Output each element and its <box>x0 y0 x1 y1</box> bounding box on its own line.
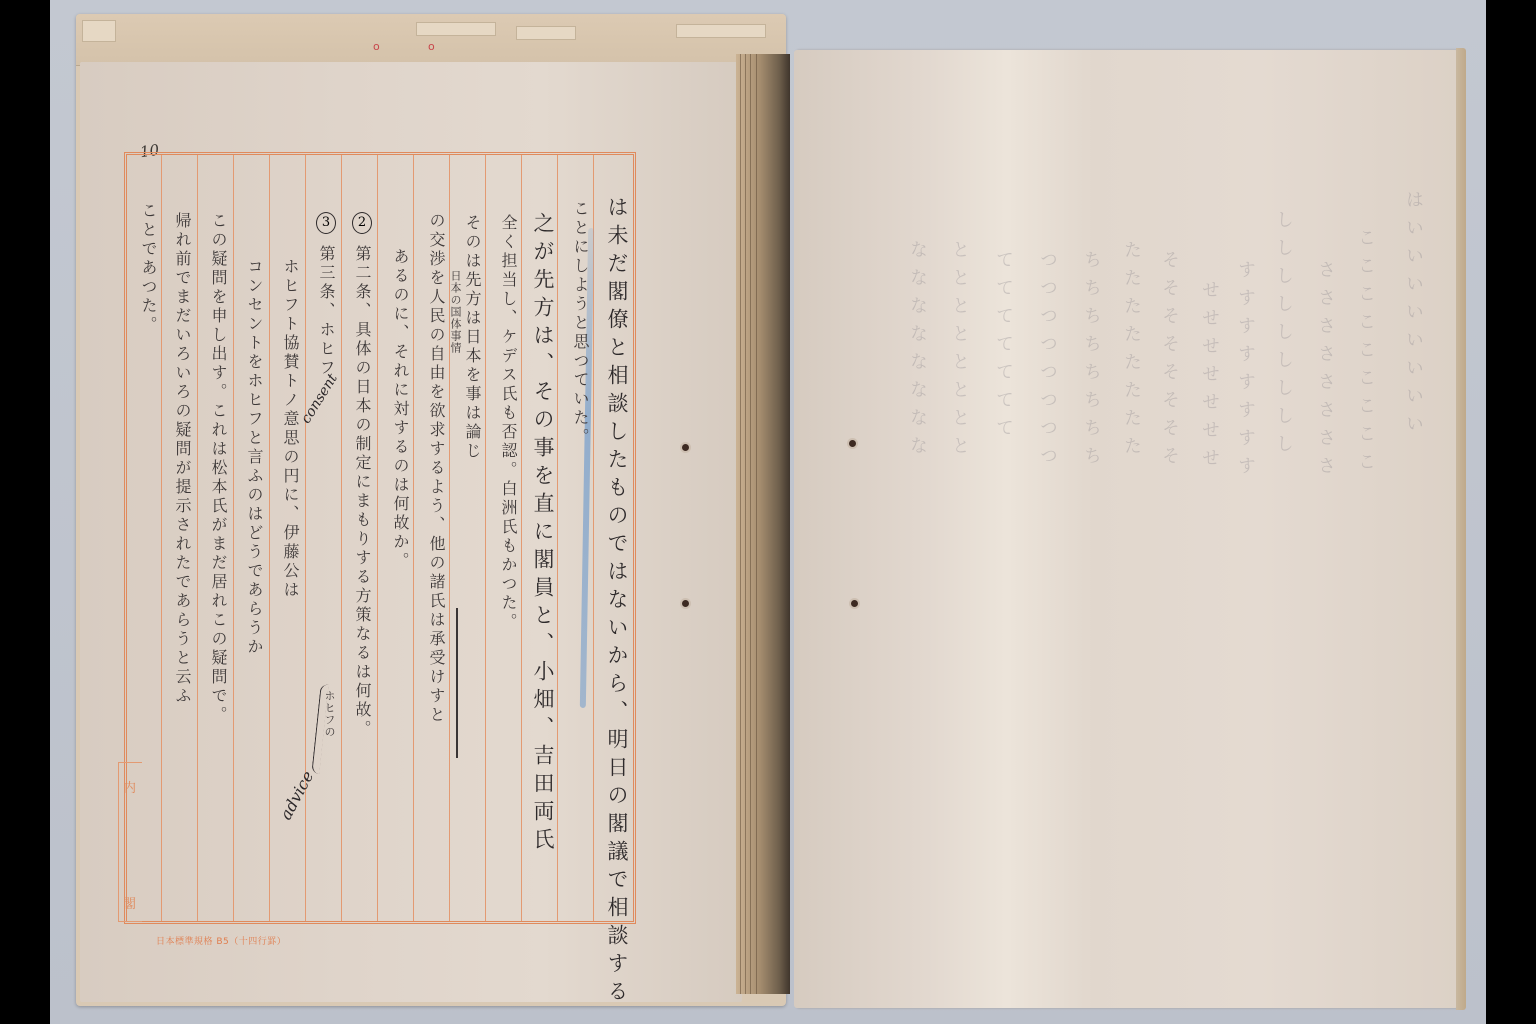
show-through-text: ささささささささ <box>1312 260 1338 484</box>
manuscript-column-2: 2 第二条、具体の日本の制定にまもりする方策なるは何故。 <box>352 212 372 739</box>
rule-line <box>197 155 198 921</box>
page-edge-line <box>745 54 746 994</box>
show-through-text: せせせせせせせ <box>1196 280 1222 476</box>
rule-line <box>557 155 558 921</box>
manuscript-column: 之が先方は、その事を直に閣員と、小畑、吉田両氏 <box>532 212 553 856</box>
punch-hole <box>682 444 689 451</box>
manuscript-column: 第二条、具体の日本の制定にまもりする方策なるは何故。 <box>353 245 372 739</box>
rule-line <box>305 155 306 921</box>
manuscript-column: あるのに、それに対するのは何故か。 <box>392 248 408 571</box>
side-tab-char-bottom: 閣 <box>123 893 136 912</box>
show-through-text: とととととととと <box>946 240 972 464</box>
manuscript-column: そのは先方は日本を事は論じ <box>464 214 480 461</box>
show-through-text: ししししししししし <box>1270 210 1296 462</box>
punch-hole <box>849 440 856 447</box>
manuscript-column: の交渉を人民の自由を欲求するよう、他の諸氏は承受けすと <box>428 212 444 725</box>
punch-hole <box>682 600 689 607</box>
page-stack-gutter <box>736 54 790 994</box>
torn-edge <box>82 20 116 42</box>
torn-edge <box>516 26 576 40</box>
manuscript-column: 第三条、ホヒフ <box>317 245 336 378</box>
rule-line <box>269 155 270 921</box>
manuscript-column: 全く担当し、ケデス氏も否認。白洲氏もかつた。 <box>500 214 516 632</box>
show-through-text: そそそそそそそそ <box>1156 250 1182 474</box>
page-edge-line <box>740 54 741 994</box>
torn-edge <box>416 22 496 36</box>
page-edge-line <box>756 54 757 994</box>
side-tab-label: 内 閣 <box>118 762 142 922</box>
letterbox-right <box>1486 0 1536 1024</box>
circled-number-2: 2 <box>352 212 372 234</box>
manuscript-column: は未だ閣僚と相談したものではないから、明日の閣議で相談する <box>606 196 627 1008</box>
rule-line <box>377 155 378 921</box>
ink-sideline-mark <box>456 608 458 758</box>
right-page-edge-stack <box>1456 48 1466 1010</box>
right-page-blank <box>794 50 1458 1008</box>
manuscript-column: この疑問を申し出す。これは松本氏がまだ居れこの疑問で。 <box>210 212 226 725</box>
manuscript-column: 帰れ前でまだいろいろの疑問が提示されたであらうと云ふ <box>174 212 190 706</box>
rule-line <box>341 155 342 921</box>
show-through-text: ちちちちちちちち <box>1078 250 1104 474</box>
show-through-text: ててててててて <box>990 250 1016 446</box>
interlinear-note: 日本の国体事情 <box>450 270 461 354</box>
show-through-text: すすすすすすすす <box>1232 260 1258 484</box>
paper-spec-footer: 日本標準規格 B5（十四行罫） <box>156 934 286 947</box>
red-mark: o <box>428 40 435 53</box>
show-through-text: たたたたたたたた <box>1118 240 1144 464</box>
side-tab-char-top: 内 <box>123 777 136 796</box>
rule-line <box>485 155 486 921</box>
punch-hole <box>851 600 858 607</box>
torn-edge <box>676 24 766 38</box>
manuscript-column: ことであつた。 <box>140 202 156 335</box>
manuscript-column: ホヒフト協賛トノ意思の円に、伊藤公は <box>282 258 298 600</box>
rule-line <box>521 155 522 921</box>
letterbox-left <box>0 0 50 1024</box>
manuscript-grid <box>124 152 636 924</box>
manuscript-column: コンセントをホヒフと言ふのはどうであらうか <box>246 258 262 657</box>
show-through-text: なななななななな <box>904 240 930 464</box>
show-through-text: つつつつつつつつ <box>1034 250 1060 474</box>
manuscript-column-3: 3 第三条、ホヒフ <box>316 212 336 378</box>
manuscript-column: ことにしようと思つていた。 <box>572 200 588 447</box>
show-through-text: こここここここここ <box>1352 228 1378 480</box>
rule-line <box>413 155 414 921</box>
rule-line <box>161 155 162 921</box>
rule-line <box>233 155 234 921</box>
circled-number-3: 3 <box>316 212 336 234</box>
show-through-text: はいいいいいいいい <box>1400 190 1426 442</box>
page-edge-line <box>750 54 751 994</box>
red-mark: o <box>373 40 380 53</box>
